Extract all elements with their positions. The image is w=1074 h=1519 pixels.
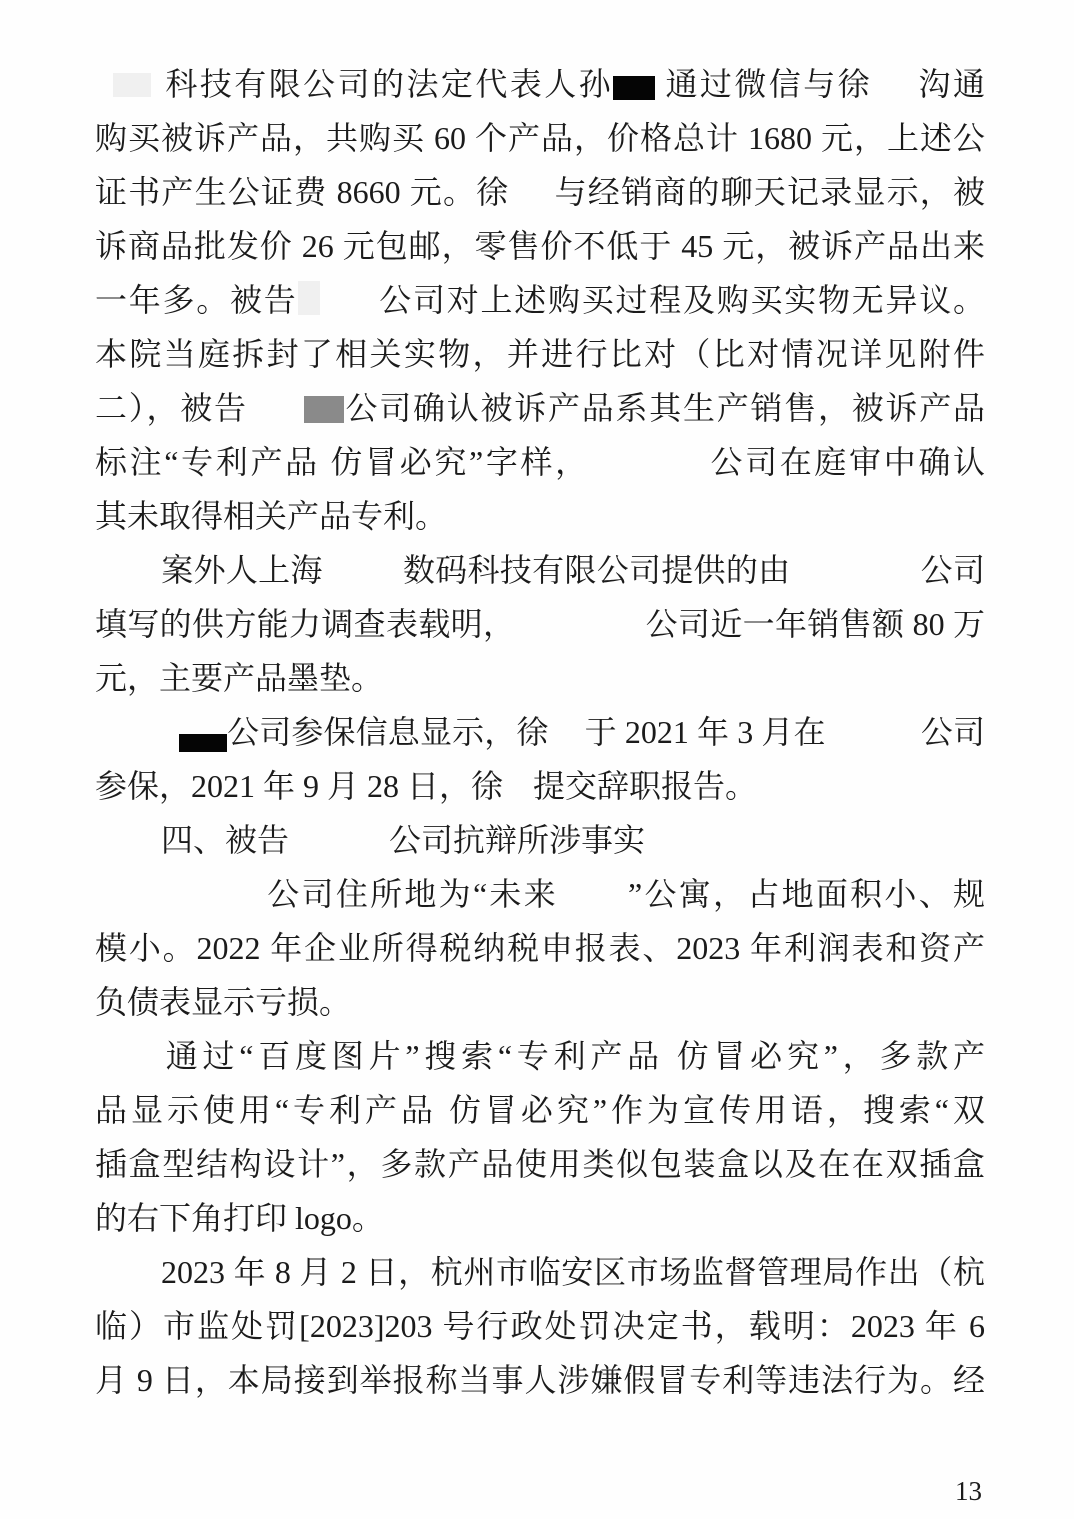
text-run: 公司确认被诉产品系其生产销售，被诉产品 xyxy=(344,390,985,426)
text-run: 一年多。被告 xyxy=(95,282,298,318)
redacted-blank-gap xyxy=(590,463,708,473)
text-line: 模小。2022 年企业所得税纳税申报表、2023 年利润表和资产 xyxy=(95,921,985,975)
text-run: 本院当庭拆封了相关实物，并进行比对（比对情况详见附件 xyxy=(95,336,985,372)
text-line: 案外人上海数码科技有限公司提供的由公司 xyxy=(95,543,985,597)
text-line: 临）市监处罚[2023]203 号行政处罚决定书，载明：2023 年 6 xyxy=(95,1299,985,1353)
redacted-blank-gap xyxy=(515,625,645,635)
text-run: 的右下角打印 logo。 xyxy=(95,1200,384,1236)
text-run: 公司近一年销售额 80 万 xyxy=(645,606,985,642)
text-line: 科技有限公司的法定代表人孙 通过微信与徐沟通 xyxy=(95,57,985,111)
redacted-blank-gap xyxy=(95,841,161,851)
text-line: 标注“专利产品 仿冒必究”字样，公司在庭审中确认 xyxy=(95,435,985,489)
text-run: 诉商品批发价 26 元包邮，零售价不低于 45 元，被诉产品出来 xyxy=(95,228,985,264)
text-run: 案外人上海 xyxy=(161,552,323,588)
redacted-blank-gap xyxy=(95,1057,161,1067)
text-run: ”公寓，占地面积小、规 xyxy=(628,876,985,912)
text-line: 元，主要产品墨垫。 xyxy=(95,651,985,705)
text-run: 证书产生公证费 8660 元。徐 xyxy=(95,174,509,210)
redacted-blank-gap xyxy=(548,733,584,743)
redacted-blank-gap xyxy=(95,733,179,743)
redacted-blank-gap xyxy=(95,85,113,95)
text-line: 填写的供方能力调查表载明，公司近一年销售额 80 万 xyxy=(95,597,985,651)
page-number: 13 xyxy=(955,1476,982,1507)
text-run: 标注“专利产品 仿冒必究”字样， xyxy=(95,444,590,480)
text-line: 参保，2021 年 9 月 28 日，徐提交辞职报告。 xyxy=(95,759,985,813)
text-run: 通过微信与徐 xyxy=(655,66,872,102)
text-line: 本院当庭拆封了相关实物，并进行比对（比对情况详见附件 xyxy=(95,327,985,381)
text-run: 填写的供方能力调查表载明， xyxy=(95,606,515,642)
text-line: 的右下角打印 logo。 xyxy=(95,1191,985,1245)
text-run: 通过“百度图片”搜索“专利产品 仿冒必究”，多款产 xyxy=(161,1038,985,1074)
text-run: 提交辞职报告。 xyxy=(533,768,757,804)
redacted-blank-gap xyxy=(248,409,304,419)
text-line: 诉商品批发价 26 元包邮，零售价不低于 45 元，被诉产品出来 xyxy=(95,219,985,273)
text-run: 公司 xyxy=(921,714,985,750)
text-line: 负债表显示亏损。 xyxy=(95,975,985,1029)
text-line: 二），被告公司确认被诉产品系其生产销售，被诉产品 xyxy=(95,381,985,435)
text-run: 数码科技有限公司提供的由 xyxy=(403,552,791,588)
text-line: 品显示使用“专利产品 仿冒必究”作为宣传用语，搜索“双 xyxy=(95,1083,985,1137)
text-run: 与经销商的聊天记录显示，被 xyxy=(553,174,985,210)
text-run: 参保，2021 年 9 月 28 日，徐 xyxy=(95,768,503,804)
redacted-blank-gap xyxy=(826,733,921,743)
text-run: 公司 xyxy=(920,552,985,588)
redacted-blank-gap xyxy=(509,193,553,203)
text-run: 公司抗辩所涉事实 xyxy=(389,822,645,858)
text-line: 四、被告公司抗辩所涉事实 xyxy=(95,813,985,867)
redaction-box-black xyxy=(179,734,227,752)
text-line: 其未取得相关产品专利。 xyxy=(95,489,985,543)
redacted-blank-gap xyxy=(289,841,389,851)
redaction-box-black xyxy=(613,76,655,100)
text-run: 公司住所地为“未来 xyxy=(265,876,558,912)
text-run: 负债表显示亏损。 xyxy=(95,984,351,1020)
text-run: 二），被告 xyxy=(95,390,248,426)
text-run: 品显示使用“专利产品 仿冒必究”作为宣传用语，搜索“双 xyxy=(95,1092,985,1128)
text-line: 证书产生公证费 8660 元。徐与经销商的聊天记录显示，被 xyxy=(95,165,985,219)
document-body: 科技有限公司的法定代表人孙 通过微信与徐沟通购买被诉产品，共购买 60 个产品，… xyxy=(95,57,985,1407)
redacted-blank-gap xyxy=(95,1273,161,1283)
text-run: 公司在庭审中确认 xyxy=(708,444,985,480)
redacted-blank-gap xyxy=(558,895,628,905)
text-run: 四、被告 xyxy=(161,822,289,858)
text-run: 其未取得相关产品专利。 xyxy=(95,498,447,534)
text-run: 公司参保信息显示，徐 xyxy=(227,714,548,750)
text-line: 一年多。被告公司对上述购买过程及购买实物无异议。 xyxy=(95,273,985,327)
text-run: 月 9 日，本局接到举报称当事人涉嫌假冒专利等违法行为。经 xyxy=(95,1362,985,1398)
text-run: 科技有限公司的法定代表人孙 xyxy=(163,66,613,102)
redacted-blank-gap xyxy=(95,571,161,581)
text-run: 元，主要产品墨垫。 xyxy=(95,660,383,696)
text-run: 模小。2022 年企业所得税纳税申报表、2023 年利润表和资产 xyxy=(95,930,985,966)
redacted-blank-gap xyxy=(320,301,378,311)
redacted-blank-gap xyxy=(95,895,265,905)
text-line: 通过“百度图片”搜索“专利产品 仿冒必究”，多款产 xyxy=(95,1029,985,1083)
text-line: 购买被诉产品，共购买 60 个产品，价格总计 1680 元，上述公 xyxy=(95,111,985,165)
text-run: 公司对上述购买过程及购买实物无异议。 xyxy=(378,282,985,318)
redaction-box-gray xyxy=(304,396,344,423)
text-line: 插盒型结构设计”，多款产品使用类似包装盒以及在在双插盒 xyxy=(95,1137,985,1191)
text-run: 插盒型结构设计”，多款产品使用类似包装盒以及在在双插盒 xyxy=(95,1146,985,1182)
document-page: 科技有限公司的法定代表人孙 通过微信与徐沟通购买被诉产品，共购买 60 个产品，… xyxy=(0,0,1074,1519)
redacted-blank-gap xyxy=(790,571,920,581)
text-line: 2023 年 8 月 2 日，杭州市临安区市场监督管理局作出（杭 xyxy=(95,1245,985,1299)
text-run: 2023 年 8 月 2 日，杭州市临安区市场监督管理局作出（杭 xyxy=(161,1254,985,1290)
redacted-blank-gap xyxy=(872,85,916,95)
redacted-blank-gap xyxy=(151,85,163,95)
text-run: 购买被诉产品，共购买 60 个产品，价格总计 1680 元，上述公 xyxy=(95,120,985,156)
redacted-blank-gap xyxy=(503,787,533,797)
redacted-blank-gap xyxy=(323,571,403,581)
text-run: 于 2021 年 3 月在 xyxy=(584,714,825,750)
text-run: 临）市监处罚[2023]203 号行政处罚决定书，载明：2023 年 6 xyxy=(95,1308,985,1344)
text-line: 公司参保信息显示，徐于 2021 年 3 月在公司 xyxy=(95,705,985,759)
redaction-box-light xyxy=(113,73,151,97)
text-line: 公司住所地为“未来”公寓，占地面积小、规 xyxy=(95,867,985,921)
text-run: 沟通 xyxy=(916,66,985,102)
text-line: 月 9 日，本局接到举报称当事人涉嫌假冒专利等违法行为。经 xyxy=(95,1353,985,1407)
redaction-box-light xyxy=(298,281,320,315)
